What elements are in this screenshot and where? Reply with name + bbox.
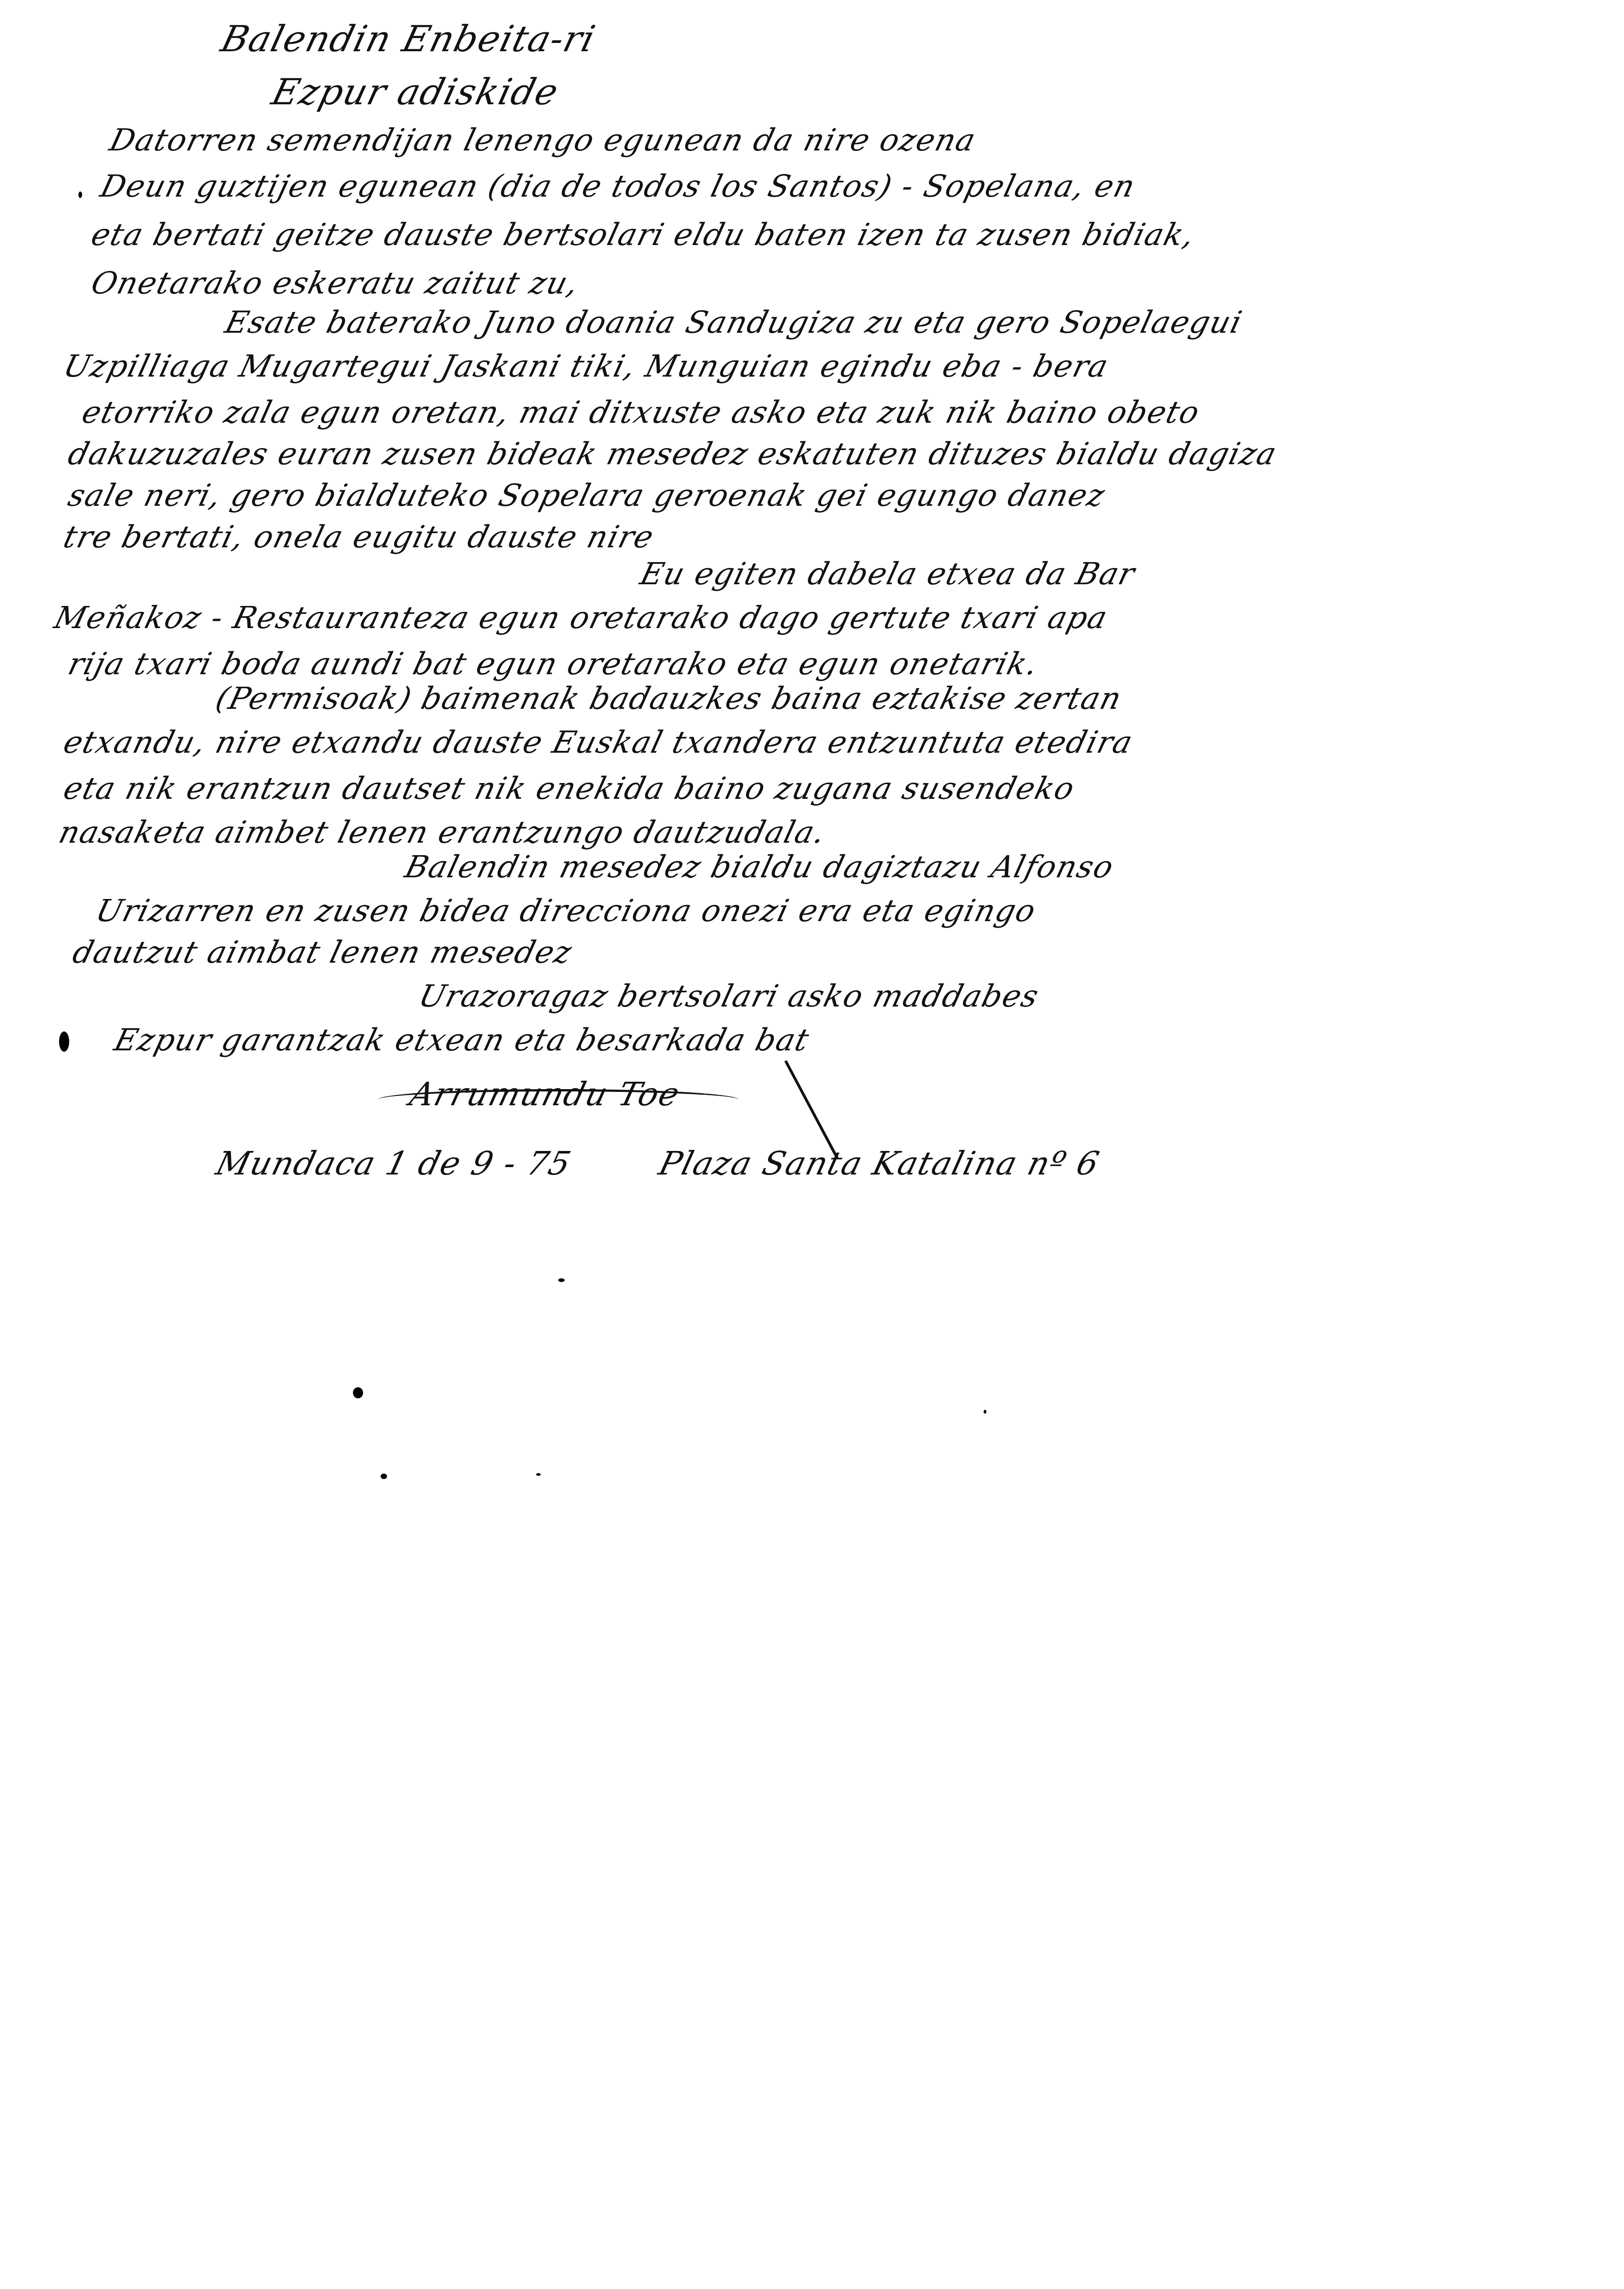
body-line: etorriko zala egun oretan, mai ditxuste …: [78, 395, 1204, 430]
footer-address: Plaza Santa Katalina nº 6: [655, 1144, 1104, 1182]
footer-place-date: Mundaca 1 de 9 - 75: [212, 1144, 575, 1182]
letter-salutation: Ezpur adiskide: [268, 72, 563, 113]
body-line: Balendin mesedez bialdu dagiztazu Alfons…: [401, 849, 1118, 885]
body-line: dautzut aimbat lenen mesedez: [69, 935, 576, 970]
ink-dot-mark: [381, 1474, 387, 1479]
body-line: Onetarako eskeratu zaitut zu,: [88, 265, 583, 301]
ink-dot-mark: [558, 1278, 565, 1282]
ink-dot-mark: [353, 1387, 363, 1398]
ink-dot-mark: [536, 1473, 541, 1476]
body-line: nasaketa aimbet lenen erantzungo dautzud…: [55, 815, 830, 850]
body-line: eta bertati geitze dauste bertsolari eld…: [88, 217, 1199, 252]
body-line: Datorren semendijan lenengo egunean da n…: [106, 122, 980, 158]
body-line: eta nik erantzun dautset nik enekida bai…: [60, 771, 1079, 806]
body-line: dakuzuzales euran zusen bideak mesedez e…: [65, 436, 1281, 472]
body-line: Deun guztijen egunean (dia de todos los …: [97, 168, 1139, 204]
signature-flourish: [378, 1089, 738, 1110]
scanned-letter-page: Balendin Enbeita-ri Ezpur adiskide Dator…: [0, 0, 1624, 2289]
ink-dot-mark: [984, 1410, 986, 1414]
body-line: etxandu, nire etxandu dauste Euskal txan…: [60, 725, 1137, 760]
ink-dot-mark: [59, 1031, 69, 1052]
body-line: Esate baterako Juno doania Sandugiza zu …: [221, 305, 1246, 340]
letter-addressee: Balendin Enbeita-ri: [217, 18, 600, 60]
body-line: Urazoragaz bertsolari asko maddabes: [415, 978, 1043, 1014]
ink-dot-mark: [78, 192, 82, 198]
body-line: Meñakoz - Restauranteza egun oretarako d…: [51, 600, 1111, 635]
body-line: rija txari boda aundi bat egun oretarako…: [65, 646, 1042, 682]
body-line: (Permisoak) baimenak badauzkes baina ezt…: [212, 681, 1126, 716]
body-line: tre bertati, onela eugitu dauste nire: [60, 519, 658, 555]
body-line: Uzpilliaga Mugartegui Jaskani tiki, Mung…: [60, 348, 1112, 384]
body-line: Eu egiten dabela etxea da Bar: [637, 556, 1139, 592]
body-line: Urizarren en zusen bidea direcciona onez…: [92, 893, 1040, 929]
body-line: sale neri, gero bialduteko Sopelara gero…: [65, 478, 1109, 513]
body-line: Ezpur garantzak etxean eta besarkada bat: [111, 1022, 813, 1058]
